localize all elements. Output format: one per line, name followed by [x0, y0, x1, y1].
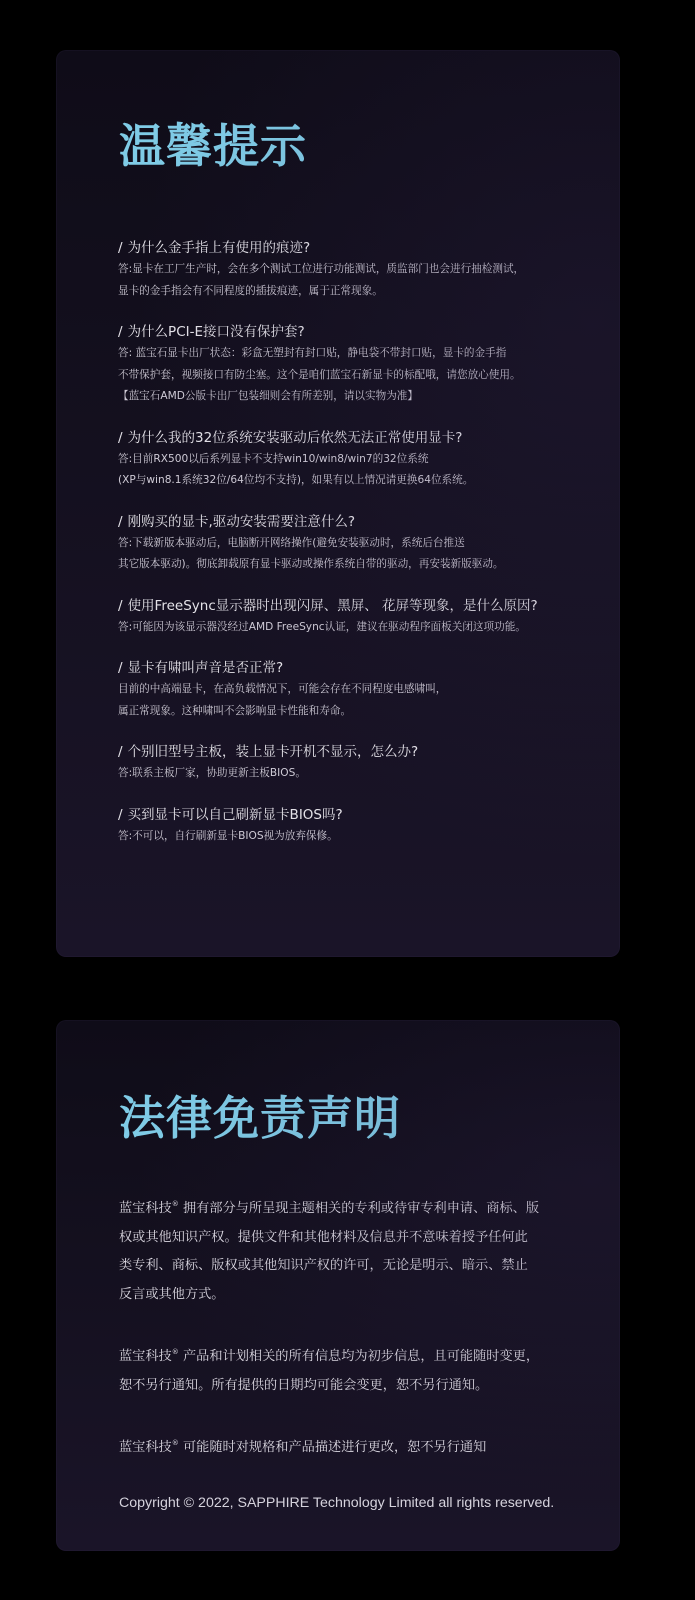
registered-mark-icon: ®	[172, 1348, 179, 1356]
tips-card: 温馨提示 /为什么金手指上有使用的痕迹? 答:显卡在工厂生产时，会在多个测试工位…	[56, 50, 620, 957]
copyright-notice: Copyright © 2022, SAPPHIRE Technology Li…	[119, 1492, 569, 1514]
faq-question-text: 为什么我的32位系统安装驱动后依然无法正常使用显卡?	[128, 430, 463, 446]
slash-marker-icon: /	[118, 807, 123, 823]
legal-line: 产品和计划相关的所有信息均为初步信息，且可能随时变更，	[179, 1349, 539, 1364]
faq-answer-line: 答: 蓝宝石显卡出厂状态：彩盒无塑封有封口贴，静电袋不带封口贴，显卡的金手指	[118, 343, 598, 365]
faq-question: /使用FreeSync显示器时出现闪屏、黑屏、 花屏等现象，是什么原因?	[118, 595, 598, 617]
brand-name: 蓝宝科技	[119, 1201, 172, 1216]
faq-answer-line: 显卡的金手指会有不同程度的插拔痕迹，属于正常现象。	[118, 281, 598, 303]
faq-question-text: 显卡有啸叫声音是否正常?	[128, 660, 284, 676]
faq-item: /使用FreeSync显示器时出现闪屏、黑屏、 花屏等现象，是什么原因? 答:可…	[118, 595, 598, 639]
legal-paragraph: 蓝宝科技® 拥有部分与所呈现主题相关的专利或待审专利申请、商标、版 权或其他知识…	[119, 1190, 569, 1309]
legal-body: 蓝宝科技® 拥有部分与所呈现主题相关的专利或待审专利申请、商标、版 权或其他知识…	[119, 1190, 569, 1514]
faq-answer-line: 答:不可以，自行刷新显卡BIOS视为放弃保修。	[118, 826, 598, 848]
legal-line: 反言或其他方式。	[119, 1287, 225, 1302]
registered-mark-icon: ®	[172, 1439, 179, 1447]
legal-paragraph: 蓝宝科技® 产品和计划相关的所有信息均为初步信息，且可能随时变更， 恕不另行通知…	[119, 1338, 569, 1400]
faq-question: /个别旧型号主板，装上显卡开机不显示，怎么办?	[118, 741, 598, 763]
faq-answer-line: 答:下载新版本驱动后，电脑断开网络操作(避免安装驱动时，系统后台推送	[118, 533, 598, 555]
faq-item: /刚购买的显卡,驱动安装需要注意什么? 答:下载新版本驱动后，电脑断开网络操作(…	[118, 511, 598, 576]
slash-marker-icon: /	[118, 240, 123, 256]
faq-list: /为什么金手指上有使用的痕迹? 答:显卡在工厂生产时，会在多个测试工位进行功能测…	[118, 237, 598, 866]
faq-answer-line: 目前的中高端显卡，在高负载情况下，可能会存在不同程度电感啸叫，	[118, 679, 598, 701]
legal-line: 可能随时对规格和产品描述进行更改，恕不另行通知	[179, 1440, 487, 1455]
legal-paragraph: 蓝宝科技® 可能随时对规格和产品描述进行更改，恕不另行通知	[119, 1429, 569, 1463]
faq-answer-line: 答:联系主板厂家，协助更新主板BIOS。	[118, 763, 598, 785]
faq-item: /买到显卡可以自己刷新显卡BIOS吗? 答:不可以，自行刷新显卡BIOS视为放弃…	[118, 804, 598, 848]
faq-item: /为什么我的32位系统安装驱动后依然无法正常使用显卡? 答:目前RX500以后系…	[118, 427, 598, 492]
faq-question-text: 为什么PCI-E接口没有保护套?	[128, 324, 305, 340]
legal-title: 法律免责声明	[119, 1088, 401, 1148]
faq-answer-line: 属正常现象。这种啸叫不会影响显卡性能和寿命。	[118, 701, 598, 723]
legal-line: 恕不另行通知。所有提供的日期均可能会变更，恕不另行通知。	[119, 1378, 488, 1393]
faq-question-text: 刚购买的显卡,驱动安装需要注意什么?	[128, 514, 355, 530]
faq-answer-line: 答:可能因为该显示器没经过AMD FreeSync认证，建议在驱动程序面板关闭这…	[118, 617, 598, 639]
faq-answer-line: 不带保护套，视频接口有防尘塞。这个是咱们蓝宝石新显卡的标配哦，请您放心使用。	[118, 365, 598, 387]
faq-answer-line: 答:显卡在工厂生产时，会在多个测试工位进行功能测试，质监部门也会进行抽检测试，	[118, 259, 598, 281]
faq-answer-line: 【蓝宝石AMD公版卡出厂包装细则会有所差别，请以实物为准】	[118, 386, 598, 408]
slash-marker-icon: /	[118, 430, 123, 446]
faq-question: /为什么我的32位系统安装驱动后依然无法正常使用显卡?	[118, 427, 598, 449]
faq-question-text: 个别旧型号主板，装上显卡开机不显示，怎么办?	[128, 744, 419, 760]
faq-answer-line: (XP与win8.1系统32位/64位均不支持)，如果有以上情况请更换64位系统…	[118, 470, 598, 492]
faq-answer-line: 答:目前RX500以后系列显卡不支持win10/win8/win7的32位系统	[118, 449, 598, 471]
faq-question: /为什么PCI-E接口没有保护套?	[118, 321, 598, 343]
faq-item: /为什么PCI-E接口没有保护套? 答: 蓝宝石显卡出厂状态：彩盒无塑封有封口贴…	[118, 321, 598, 408]
slash-marker-icon: /	[118, 744, 123, 760]
faq-question-text: 为什么金手指上有使用的痕迹?	[128, 240, 311, 256]
faq-question-text: 使用FreeSync显示器时出现闪屏、黑屏、 花屏等现象，是什么原因?	[128, 598, 538, 614]
faq-item: /为什么金手指上有使用的痕迹? 答:显卡在工厂生产时，会在多个测试工位进行功能测…	[118, 237, 598, 302]
faq-question: /显卡有啸叫声音是否正常?	[118, 657, 598, 679]
registered-mark-icon: ®	[172, 1200, 179, 1208]
faq-question: /买到显卡可以自己刷新显卡BIOS吗?	[118, 804, 598, 826]
faq-item: /个别旧型号主板，装上显卡开机不显示，怎么办? 答:联系主板厂家，协助更新主板B…	[118, 741, 598, 785]
legal-line: 类专利、商标、版权或其他知识产权的许可，无论是明示、暗示、禁止	[119, 1258, 528, 1273]
legal-line: 权或其他知识产权。提供文件和其他材料及信息并不意味着授予任何此	[119, 1230, 528, 1245]
faq-question-text: 买到显卡可以自己刷新显卡BIOS吗?	[128, 807, 343, 823]
faq-answer-line: 其它版本驱动)。彻底卸载原有显卡驱动或操作系统自带的驱动，再安装新版驱动。	[118, 554, 598, 576]
brand-name: 蓝宝科技	[119, 1440, 172, 1455]
brand-name: 蓝宝科技	[119, 1349, 172, 1364]
slash-marker-icon: /	[118, 514, 123, 530]
slash-marker-icon: /	[118, 324, 123, 340]
faq-question: /刚购买的显卡,驱动安装需要注意什么?	[118, 511, 598, 533]
legal-disclaimer-card: 法律免责声明 蓝宝科技® 拥有部分与所呈现主题相关的专利或待审专利申请、商标、版…	[56, 1020, 620, 1551]
slash-marker-icon: /	[118, 660, 123, 676]
slash-marker-icon: /	[118, 598, 123, 614]
legal-line: 拥有部分与所呈现主题相关的专利或待审专利申请、商标、版	[179, 1201, 539, 1216]
faq-item: /显卡有啸叫声音是否正常? 目前的中高端显卡，在高负载情况下，可能会存在不同程度…	[118, 657, 598, 722]
tips-title: 温馨提示	[119, 116, 307, 176]
faq-question: /为什么金手指上有使用的痕迹?	[118, 237, 598, 259]
